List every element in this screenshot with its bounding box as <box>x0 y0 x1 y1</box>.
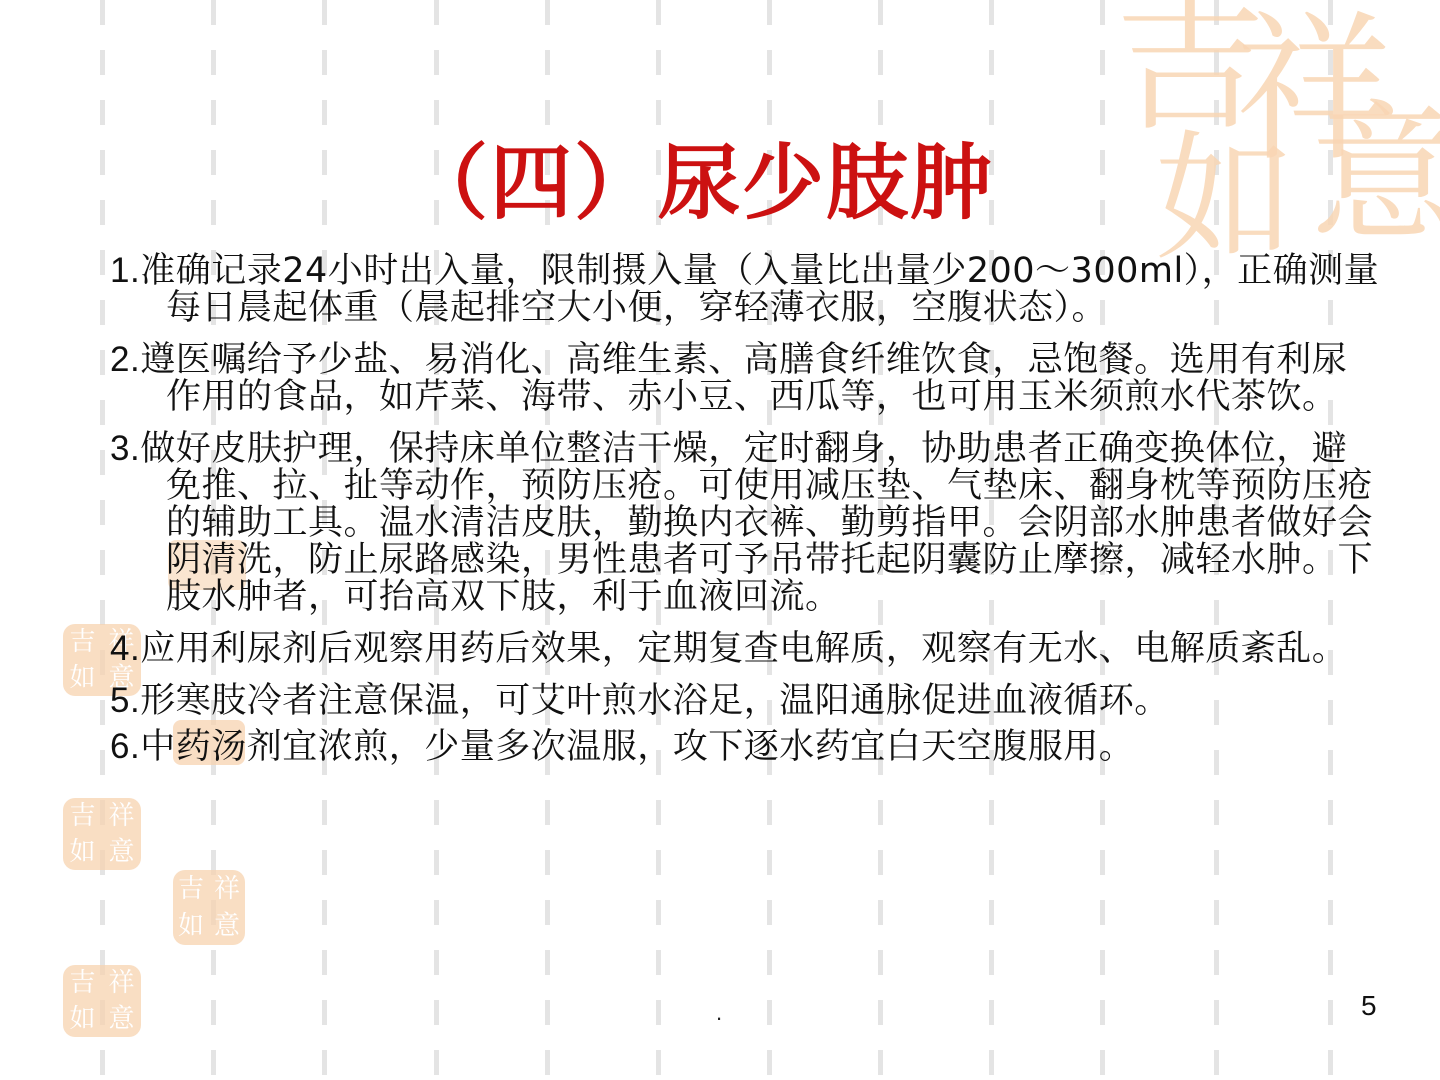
seal-char: 如 <box>173 908 209 946</box>
item-text: 形寒肢冷者注意保温，可艾叶煎水浴足，温阳通脉促进血液循环。 <box>140 681 1170 721</box>
seal-char: 如 <box>63 1001 102 1037</box>
seal-char: 祥 <box>102 965 141 1001</box>
item-text: 做好皮肤护理，保持床单位整洁干燥，定时翻身，协助患者正确变换体位，避免推、拉、扯… <box>140 429 1373 617</box>
seal-char: 吉 <box>173 870 209 908</box>
seal-char: 意 <box>102 1001 141 1037</box>
page-number: 5 <box>1361 990 1377 1022</box>
small-seal-watermark: 吉 祥 如 意 <box>63 798 141 870</box>
seal-char: 如 <box>63 834 102 870</box>
item-number: 6. <box>110 727 140 766</box>
slide-title: （四）尿少肢肿 <box>0 133 1400 233</box>
seal-char: 意 <box>209 908 245 946</box>
seal-char: 吉 <box>63 798 102 834</box>
item-text: 遵医嘱给予少盐、易消化、高维生素、高膳食纤维饮食，忌饱餐。选用有利尿作用的食品，… <box>140 340 1347 417</box>
seal-char: 吉 <box>63 624 102 660</box>
seal-char: 祥 <box>209 870 245 908</box>
item-number: 1. <box>110 251 140 290</box>
item-number: 4. <box>110 629 140 668</box>
small-seal-watermark: 吉 祥 如 意 <box>63 965 141 1037</box>
list-item: 4.应用利尿剂后观察用药后效果，定期复查电解质，观察有无水、电解质紊乱。 <box>110 630 1380 668</box>
seal-char: 吉 <box>63 965 102 1001</box>
small-seal-watermark: 吉 祥 如 意 <box>173 870 245 945</box>
slide-body: 1.准确记录24小时出入量，限制摄入量（入量比出量少200～300ml），正确测… <box>110 252 1380 780</box>
list-item: 2.遵医嘱给予少盐、易消化、高维生素、高膳食纤维饮食，忌饱餐。选用有利尿作用的食… <box>110 341 1380 416</box>
list-item: 5.形寒肢冷者注意保温，可艾叶煎水浴足，温阳通脉促进血液循环。 <box>110 682 1380 720</box>
item-number: 5. <box>110 681 140 720</box>
item-number: 2. <box>110 340 140 379</box>
list-item: 3.做好皮肤护理，保持床单位整洁干燥，定时翻身，协助患者正确变换体位，避免推、拉… <box>110 430 1380 616</box>
seal-char: 意 <box>102 834 141 870</box>
item-text: 中药汤剂宜浓煎，少量多次温服，攻下逐水药宜白天空腹服用。 <box>140 727 1134 767</box>
item-text: 准确记录24小时出入量，限制摄入量（入量比出量少200～300ml），正确测量每… <box>140 251 1379 328</box>
item-number: 3. <box>110 429 140 468</box>
footer-dot: . <box>716 1000 722 1026</box>
list-item: 1.准确记录24小时出入量，限制摄入量（入量比出量少200～300ml），正确测… <box>110 252 1380 327</box>
seal-char: 如 <box>63 660 102 696</box>
list-item: 6.中药汤剂宜浓煎，少量多次温服，攻下逐水药宜白天空腹服用。 <box>110 728 1380 766</box>
seal-char: 祥 <box>102 798 141 834</box>
item-text: 应用利尿剂后观察用药后效果，定期复查电解质，观察有无水、电解质紊乱。 <box>140 629 1347 669</box>
